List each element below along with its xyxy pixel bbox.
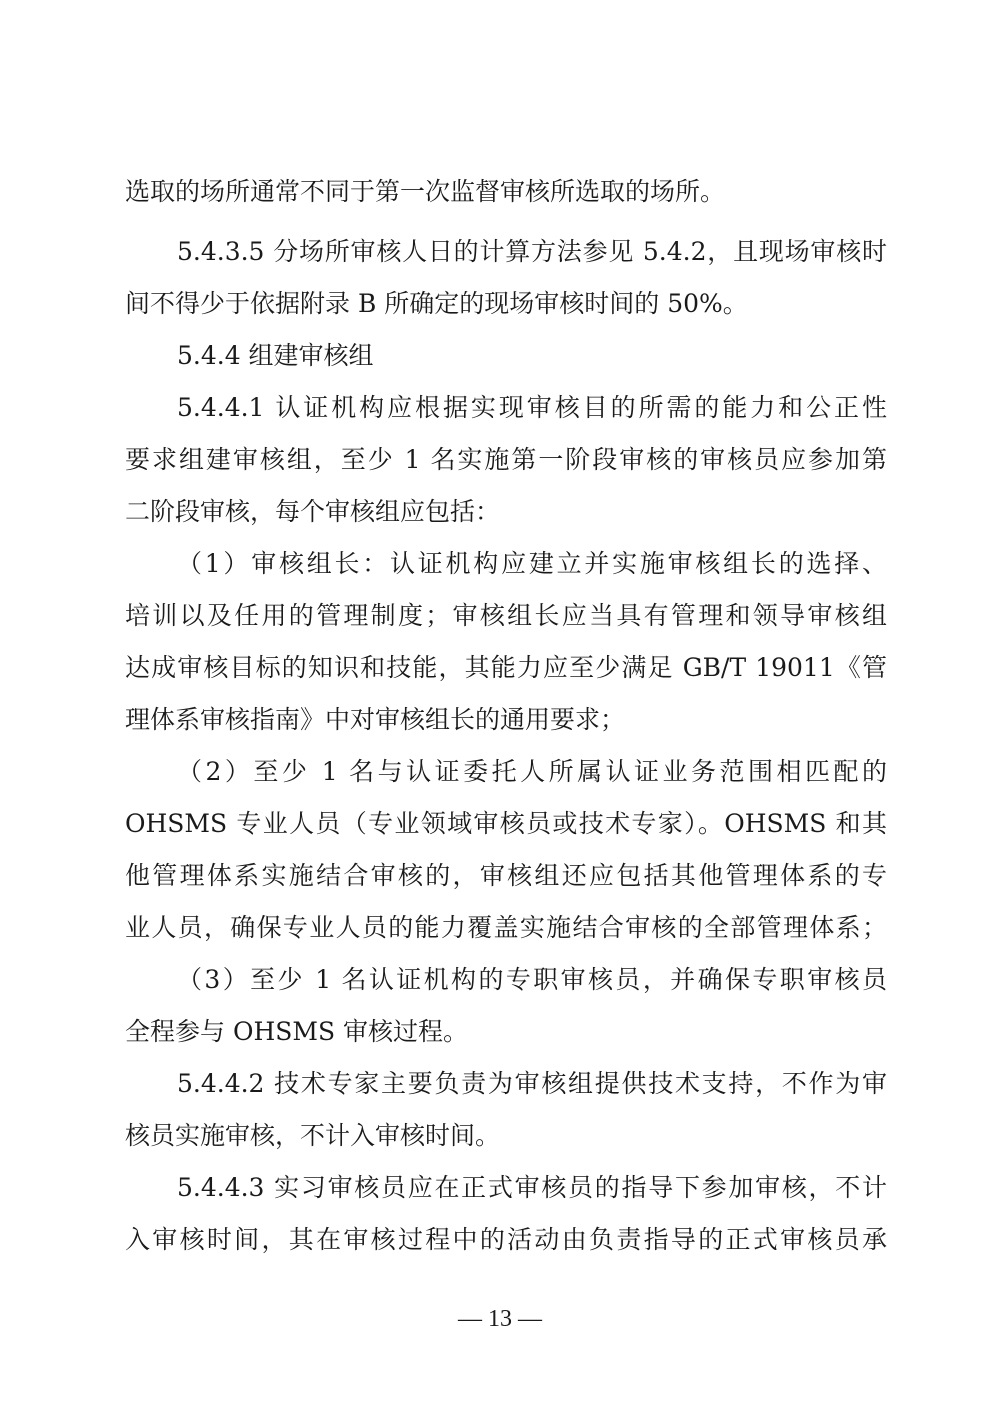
document-page: 选取的场所通常不同于第一次监督审核所选取的场所。 5.4.3.5 分场所审核人日…: [0, 0, 1000, 1414]
text-line: 达成审核目标的知识和技能，其能力应至少满足 GB/T 19011《管: [125, 648, 887, 688]
text-line: 他管理体系实施结合审核的，审核组还应包括其他管理体系的专: [125, 856, 887, 896]
text-line: 业人员，确保专业人员的能力覆盖实施结合审核的全部管理体系；: [125, 908, 887, 948]
clause-5-4-4-2: 5.4.4.2 技术专家主要负责为审核组提供技术支持，不作为审: [177, 1064, 887, 1104]
text-line: 二阶段审核，每个审核组应包括：: [125, 492, 887, 532]
text-line: 核员实施审核，不计入审核时间。: [125, 1116, 887, 1156]
list-item-1: （1）审核组长：认证机构应建立并实施审核组长的选择、: [177, 544, 887, 584]
list-item-2: （2）至少 1 名与认证委托人所属认证业务范围相匹配的: [177, 752, 887, 792]
text-line: 选取的场所通常不同于第一次监督审核所选取的场所。: [125, 172, 887, 212]
text-line: 全程参与 OHSMS 审核过程。: [125, 1012, 887, 1052]
list-item-3: （3）至少 1 名认证机构的专职审核员，并确保专职审核员: [177, 960, 887, 1000]
clause-5-4-4-3: 5.4.4.3 实习审核员应在正式审核员的指导下参加审核，不计: [177, 1168, 887, 1208]
text-line: OHSMS 专业人员（专业领域审核员或技术专家）。OHSMS 和其: [125, 804, 887, 844]
page-number: — 13 —: [0, 1303, 1000, 1335]
text-line: 5.4.4.1 认证机构应根据实现审核目的所需的能力和公正性: [177, 388, 887, 428]
text-line: 间不得少于依据附录 B 所确定的现场审核时间的 50%。: [125, 284, 887, 324]
section-heading: 5.4.4 组建审核组: [177, 336, 887, 376]
text-line: 5.4.3.5 分场所审核人日的计算方法参见 5.4.2，且现场审核时: [177, 232, 887, 272]
text-line: 入审核时间，其在审核过程中的活动由负责指导的正式审核员承: [125, 1220, 887, 1260]
text-line: 要求组建审核组，至少 1 名实施第一阶段审核的审核员应参加第: [125, 440, 887, 480]
text-line: 理体系审核指南》中对审核组长的通用要求；: [125, 700, 887, 740]
text-line: 培训以及任用的管理制度；审核组长应当具有管理和领导审核组: [125, 596, 887, 636]
